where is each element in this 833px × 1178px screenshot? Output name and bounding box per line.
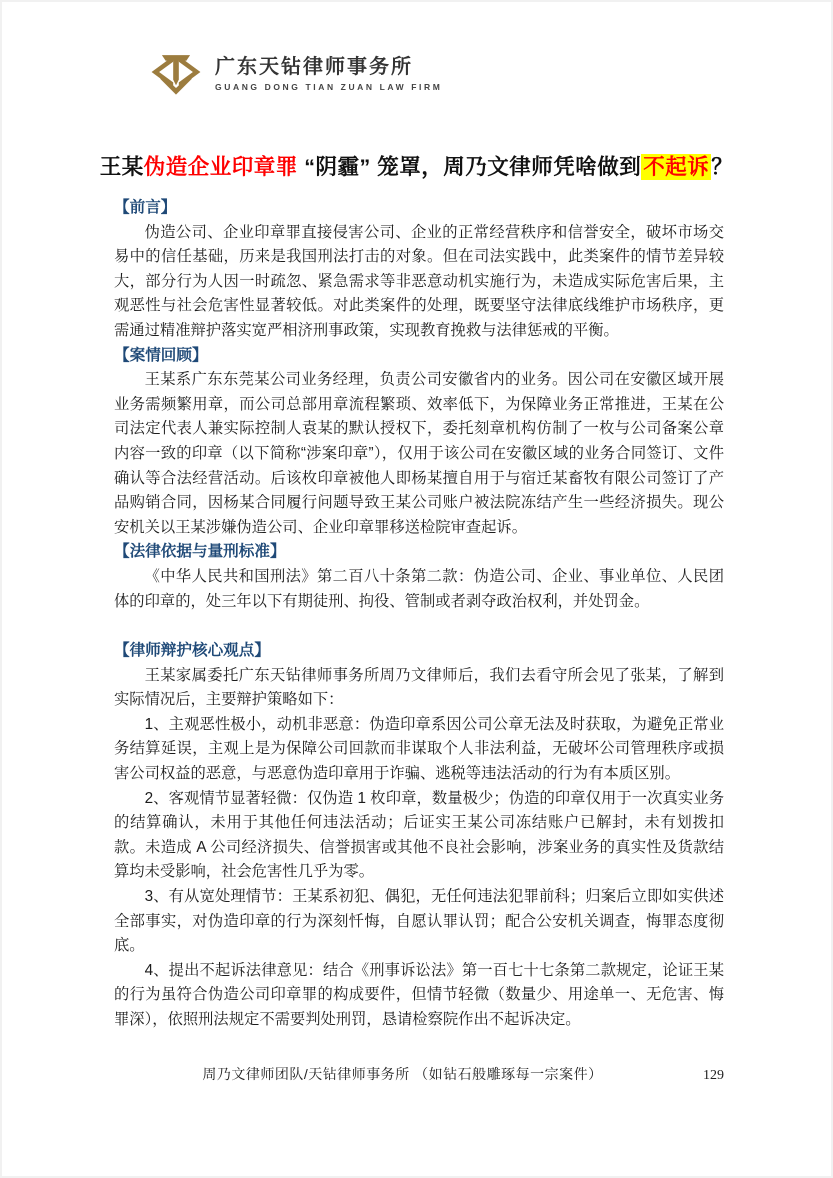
page-number: 129 [691,1068,724,1084]
law-firm-name-en: GUANG DONG TIAN ZUAN LAW FIRM [215,82,442,92]
page-footer: 周乃文律师团队/天钻律师事务所 （如钻石般雕琢每一宗案件） 129 [114,1064,724,1084]
paragraph-defense-point-2: 2、客观情节显著轻微：仅伪造 1 枚印章，数量极少；伪造的印章仅用于一次真实业务… [114,787,724,885]
title-segment: “阴霾” 笼罩，周乃文律师凭啥做到 [298,155,641,179]
section-heading-case-review: 【案情回顾】 [114,344,724,369]
section-heading-preface: 【前言】 [114,196,724,221]
paragraph-case-review: 王某系广东东莞某公司业务经理，负责公司安徽省内的业务。因公司在安徽区域开展业务需… [114,368,724,540]
paragraph-preface: 伪造公司、企业印章罪直接侵害公司、企业的正常经营秩序和信誉安全，破坏市场交易中的… [114,221,724,344]
document-body: 【前言】 伪造公司、企业印章罪直接侵害公司、企业的正常经营秩序和信誉安全，破坏市… [114,196,724,1033]
footer-team-line: 周乃文律师团队/天钻律师事务所 （如钻石般雕琢每一宗案件） [114,1064,691,1084]
page-title: 王某伪造企业印章罪 “阴霾” 笼罩，周乃文律师凭啥做到不起诉？ [58,150,775,184]
paragraph-defense-point-1: 1、主观恶性极小，动机非恶意：伪造印章系因公司公章无法及时获取，为避免正常业务结… [114,713,724,787]
law-firm-name: 广东天钻律师事务所 GUANG DONG TIAN ZUAN LAW FIRM [215,55,442,92]
title-segment-crime-red: 伪造企业印章罪 [144,155,298,179]
title-segment: 王某 [100,155,144,179]
document-page: 广东天钻律师事务所 GUANG DONG TIAN ZUAN LAW FIRM … [0,0,833,1178]
diamond-t-logo-icon [145,48,207,98]
title-segment-highlighted: 不起诉 [641,154,711,180]
paragraph-defense-intro: 王某家属委托广东天钻律师事务所周乃文律师后，我们去看守所会见了张某，了解到实际情… [114,664,724,713]
title-segment: ？ [711,155,733,179]
paragraph-defense-point-3: 3、有从宽处理情节：王某系初犯、偶犯，无任何违法犯罪前科；归案后立即如实供述全部… [114,885,724,959]
section-heading-legal-basis: 【法律依据与量刑标准】 [114,540,724,565]
section-heading-defense-points: 【律师辩护核心观点】 [114,639,724,664]
paragraph-defense-point-4: 4、提出不起诉法律意见：结合《刑事诉讼法》第一百七十七条第二款规定，论证王某的行… [114,959,724,1033]
law-firm-logo: 广东天钻律师事务所 GUANG DONG TIAN ZUAN LAW FIRM [145,48,442,98]
law-firm-name-cn: 广东天钻律师事务所 [215,55,442,79]
paragraph-legal-basis: 《中华人民共和国刑法》第二百八十条第二款：伪造公司、企业、事业单位、人民团体的印… [114,565,724,614]
